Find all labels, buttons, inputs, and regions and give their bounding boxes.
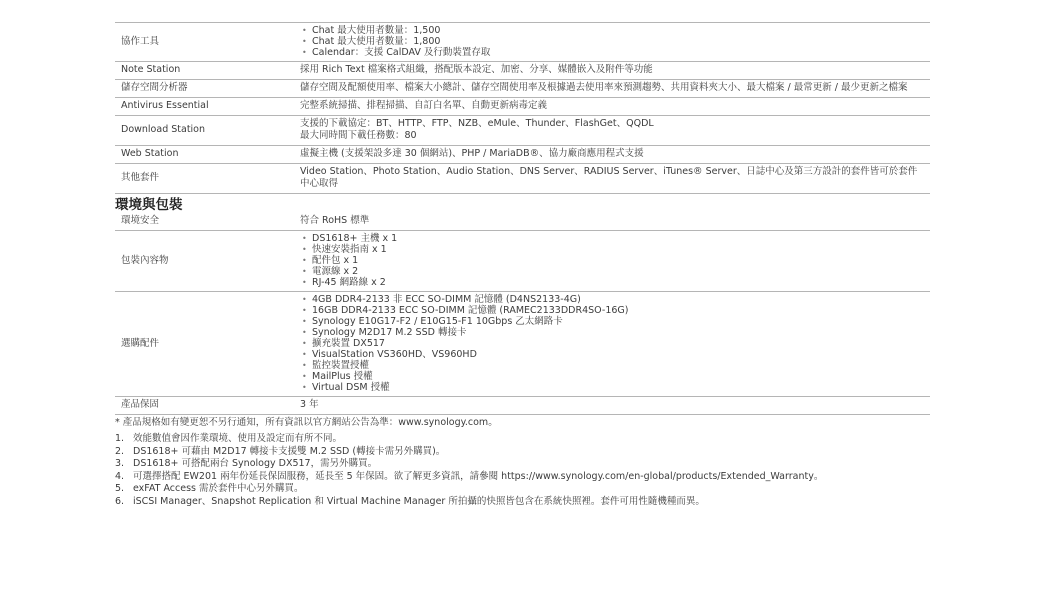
table-row: Note Station 採用 Rich Text 檔案格式組織，搭配版本設定、… <box>115 62 930 80</box>
footnotes: * 產品規格如有變更恕不另行通知，所有資訊以官方網站公告為準：www.synol… <box>115 417 930 508</box>
footnote-item: 3.DS1618+ 可搭配兩台 Synology DX517，需另外購買。 <box>115 458 930 471</box>
row-label: 儲存空間分析器 <box>115 80 296 98</box>
spec-sheet: 協作工具 Chat 最大使用者數量：1,500 Chat 最大使用者數量：1,8… <box>115 22 930 508</box>
footnote-item: 4.可選擇搭配 EW201 兩年份延長保固服務，延長至 5 年保固。欲了解更多資… <box>115 471 930 484</box>
row-label: 選購配件 <box>115 292 296 397</box>
table-row: 環境安全 符合 RoHS 標準 <box>115 213 930 231</box>
row-value: DS1618+ 主機 x 1 快速安裝指南 x 1 配件包 x 1 電源線 x … <box>296 231 930 292</box>
row-value: 支援的下載協定：BT、HTTP、FTP、NZB、eMule、Thunder、Fl… <box>296 116 930 146</box>
table-row: 包裝內容物 DS1618+ 主機 x 1 快速安裝指南 x 1 配件包 x 1 … <box>115 231 930 292</box>
footnote-text: exFAT Access 需於套件中心另外購買。 <box>133 483 304 494</box>
table-row: Web Station 虛擬主機 (支援架設多達 30 個網站)、PHP / M… <box>115 146 930 164</box>
list-item: 電源線 x 2 <box>300 266 924 277</box>
footnote-number: 5. <box>115 483 124 496</box>
row-value: Chat 最大使用者數量：1,500 Chat 最大使用者數量：1,800 Ca… <box>296 23 930 62</box>
row-value: Video Station、Photo Station、Audio Statio… <box>296 164 930 194</box>
list-item: Synology E10G17-F2 / E10G15-F1 10Gbps 乙太… <box>300 316 924 327</box>
footnote-item: 2.DS1618+ 可藉由 M2D17 轉接卡支援雙 M.2 SSD (轉接卡需… <box>115 446 930 459</box>
section-divider <box>115 193 930 194</box>
row-label: 協作工具 <box>115 23 296 62</box>
list-item: 監控裝置授權 <box>300 360 924 371</box>
list-item: Virtual DSM 授權 <box>300 382 924 393</box>
row-value: 虛擬主機 (支援架設多達 30 個網站)、PHP / MariaDB®、協力廠商… <box>296 146 930 164</box>
row-label: Web Station <box>115 146 296 164</box>
list-item: RJ-45 網路線 x 2 <box>300 277 924 288</box>
value-line: 支援的下載協定：BT、HTTP、FTP、NZB、eMule、Thunder、Fl… <box>300 118 924 130</box>
list-item: 4GB DDR4-2133 非 ECC SO-DIMM 記憶體 (D4NS213… <box>300 294 924 305</box>
row-value: 採用 Rich Text 檔案格式組織，搭配版本設定、加密、分享、媒體嵌入及附件… <box>296 62 930 80</box>
footnote-text: iSCSI Manager、Snapshot Replication 和 Vir… <box>133 496 705 507</box>
footnote-text: DS1618+ 可藉由 M2D17 轉接卡支援雙 M.2 SSD (轉接卡需另外… <box>133 446 445 457</box>
footnote-text: 效能數值會因作業環境、使用及設定而有所不同。 <box>133 433 342 444</box>
row-label: Antivirus Essential <box>115 98 296 116</box>
footnote-item: 1.效能數值會因作業環境、使用及設定而有所不同。 <box>115 433 930 446</box>
list-item: DS1618+ 主機 x 1 <box>300 233 924 244</box>
footnote-number: 2. <box>115 446 124 459</box>
row-value: 符合 RoHS 標準 <box>296 213 930 231</box>
software-spec-table: 協作工具 Chat 最大使用者數量：1,500 Chat 最大使用者數量：1,8… <box>115 22 930 193</box>
list-item: Chat 最大使用者數量：1,500 <box>300 25 924 36</box>
table-row: 其他套件 Video Station、Photo Station、Audio S… <box>115 164 930 194</box>
bullet-list: DS1618+ 主機 x 1 快速安裝指南 x 1 配件包 x 1 電源線 x … <box>300 233 924 288</box>
list-item: Synology M2D17 M.2 SSD 轉接卡 <box>300 327 924 338</box>
table-row: 選購配件 4GB DDR4-2133 非 ECC SO-DIMM 記憶體 (D4… <box>115 292 930 397</box>
list-item: 快速安裝指南 x 1 <box>300 244 924 255</box>
footnote-number: 3. <box>115 458 124 471</box>
row-label: 產品保固 <box>115 397 296 415</box>
list-item: Calendar：支援 CalDAV 及行動裝置存取 <box>300 47 924 58</box>
list-item: MailPlus 授權 <box>300 371 924 382</box>
table-row: 儲存空間分析器 儲存空間及配額使用率、檔案大小總計、儲存空間使用率及根據過去使用… <box>115 80 930 98</box>
disclaimer: * 產品規格如有變更恕不另行通知，所有資訊以官方網站公告為準：www.synol… <box>115 417 930 429</box>
list-item: Chat 最大使用者數量：1,800 <box>300 36 924 47</box>
list-item: VisualStation VS360HD、VS960HD <box>300 349 924 360</box>
row-label: 包裝內容物 <box>115 231 296 292</box>
footnote-text: DS1618+ 可搭配兩台 Synology DX517，需另外購買。 <box>133 458 377 469</box>
table-row: 產品保固 3 年 <box>115 397 930 415</box>
row-value: 3 年 <box>296 397 930 415</box>
footnote-text: 可選擇搭配 EW201 兩年份延長保固服務，延長至 5 年保固。欲了解更多資訊，… <box>133 471 823 482</box>
row-value: 完整系統掃描、排程掃描、自訂白名單、自動更新病毒定義 <box>296 98 930 116</box>
bullet-list: 4GB DDR4-2133 非 ECC SO-DIMM 記憶體 (D4NS213… <box>300 294 924 393</box>
footnote-item: 5.exFAT Access 需於套件中心另外購買。 <box>115 483 930 496</box>
row-value: 儲存空間及配額使用率、檔案大小總計、儲存空間使用率及根據過去使用率來預測趨勢、共… <box>296 80 930 98</box>
table-row: Antivirus Essential 完整系統掃描、排程掃描、自訂白名單、自動… <box>115 98 930 116</box>
list-item: 16GB DDR4-2133 ECC SO-DIMM 記憶體 (RAMEC213… <box>300 305 924 316</box>
footnote-number: 6. <box>115 496 124 509</box>
table-row: 協作工具 Chat 最大使用者數量：1,500 Chat 最大使用者數量：1,8… <box>115 23 930 62</box>
footnote-list: 1.效能數值會因作業環境、使用及設定而有所不同。 2.DS1618+ 可藉由 M… <box>115 433 930 508</box>
footnote-number: 1. <box>115 433 124 446</box>
row-label: Note Station <box>115 62 296 80</box>
row-label: 其他套件 <box>115 164 296 194</box>
value-line: 最大同時間下載任務數：80 <box>300 130 924 142</box>
bullet-list: Chat 最大使用者數量：1,500 Chat 最大使用者數量：1,800 Ca… <box>300 25 924 58</box>
footnote-item: 6.iSCSI Manager、Snapshot Replication 和 V… <box>115 496 930 509</box>
table-row: Download Station 支援的下載協定：BT、HTTP、FTP、NZB… <box>115 116 930 146</box>
list-item: 擴充裝置 DX517 <box>300 338 924 349</box>
row-label: Download Station <box>115 116 296 146</box>
list-item: 配件包 x 1 <box>300 255 924 266</box>
row-label: 環境安全 <box>115 213 296 231</box>
row-value: 4GB DDR4-2133 非 ECC SO-DIMM 記憶體 (D4NS213… <box>296 292 930 397</box>
section-title: 環境與包裝 <box>115 197 930 213</box>
environment-spec-table: 環境安全 符合 RoHS 標準 包裝內容物 DS1618+ 主機 x 1 快速安… <box>115 213 930 415</box>
footnote-number: 4. <box>115 471 124 484</box>
